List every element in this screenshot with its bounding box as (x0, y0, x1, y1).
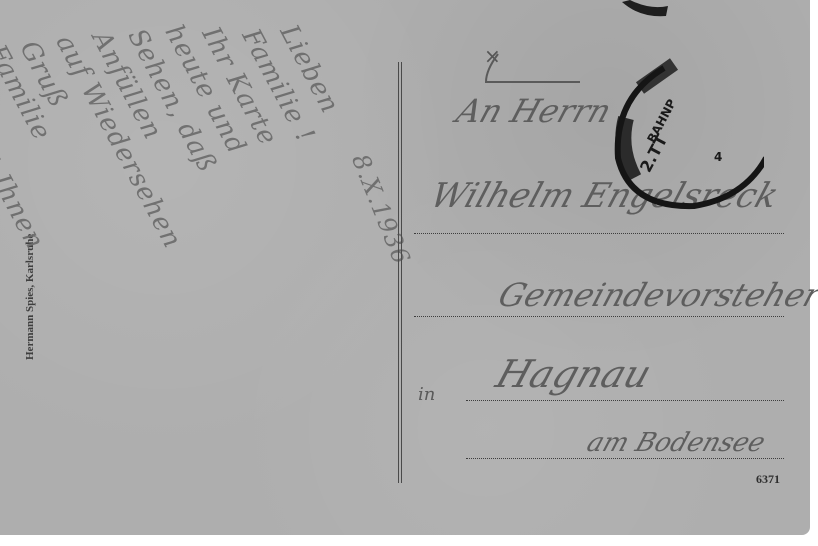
address-line-2 (414, 316, 784, 317)
address-salutation: An Herrn (452, 92, 616, 130)
address-prefix-in: in (418, 384, 435, 405)
address-line-3 (466, 400, 784, 401)
address-town: Hagnau (491, 352, 657, 396)
postmark: BAHNP 2.TT 4 (604, 58, 764, 218)
address-line-4 (466, 458, 784, 459)
stamp-fragment-icon (620, 0, 670, 20)
postmark-circle-icon (604, 58, 764, 218)
card-number: 6371 (756, 472, 780, 487)
message-date: 8.X.1936 (346, 150, 416, 269)
underline-stroke-icon (484, 50, 584, 90)
address-line-1 (414, 233, 784, 234)
postmark-mark: 4 (714, 150, 722, 164)
message-area: Hermann Spies, Karlsruhe Lieben Familie … (0, 0, 395, 535)
postcard: Hermann Spies, Karlsruhe Lieben Familie … (0, 0, 810, 535)
center-divider (398, 62, 402, 483)
address-title: Gemeindevorsteher (494, 276, 818, 314)
address-region: am Bodensee (583, 428, 769, 458)
